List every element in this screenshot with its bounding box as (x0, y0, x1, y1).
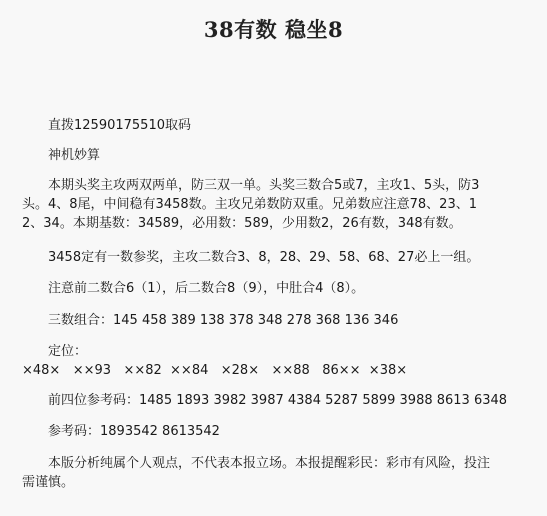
three-combo-line: 三数组合：145 458 389 138 378 348 278 368 136… (0, 311, 547, 330)
three-combo-label: 三数组合： (48, 313, 113, 328)
first-four-line: 前四位参考码：1485 1893 3982 3987 4384 5287 589… (0, 391, 547, 410)
position-label: 定位： (0, 342, 547, 361)
reference-line: 参考码：1893542 8613542 (0, 422, 547, 441)
sum-note: 注意前二数合6（1），后二数合8（9），中肚合4（8）。 (0, 279, 547, 298)
reference-label: 参考码： (48, 424, 100, 439)
reference-values: 1893542 8613542 (100, 424, 220, 439)
article-title: 38有数 稳坐8 (0, 14, 547, 44)
disclaimer: 本版分析纯属个人观点，不代表本报立场。本报提醒彩民：彩市有风险，投注需谨慎。 (0, 454, 492, 492)
first-four-values: 1485 1893 3982 3987 4384 5287 5899 3988 … (139, 393, 507, 408)
first-four-label: 前四位参考码： (48, 393, 139, 408)
analysis-paragraph: 本期头奖主攻两双两单，防三双一单。头奖三数合5或7，主攻1、5头，防3头。4、8… (0, 176, 480, 233)
three-combo-values: 145 458 389 138 378 348 278 368 136 346 (113, 313, 398, 328)
reward-note: 3458定有一数参奖，主攻二数合3、8，28、29、58、68、27必上一组。 (0, 248, 547, 267)
contact-line: 直拨12590175510取码 (0, 116, 547, 135)
position-values: ×48× ××93 ××82 ××84 ×28× ××88 86×× ×38× (22, 361, 547, 380)
section-heading: 神机妙算 (0, 146, 547, 165)
